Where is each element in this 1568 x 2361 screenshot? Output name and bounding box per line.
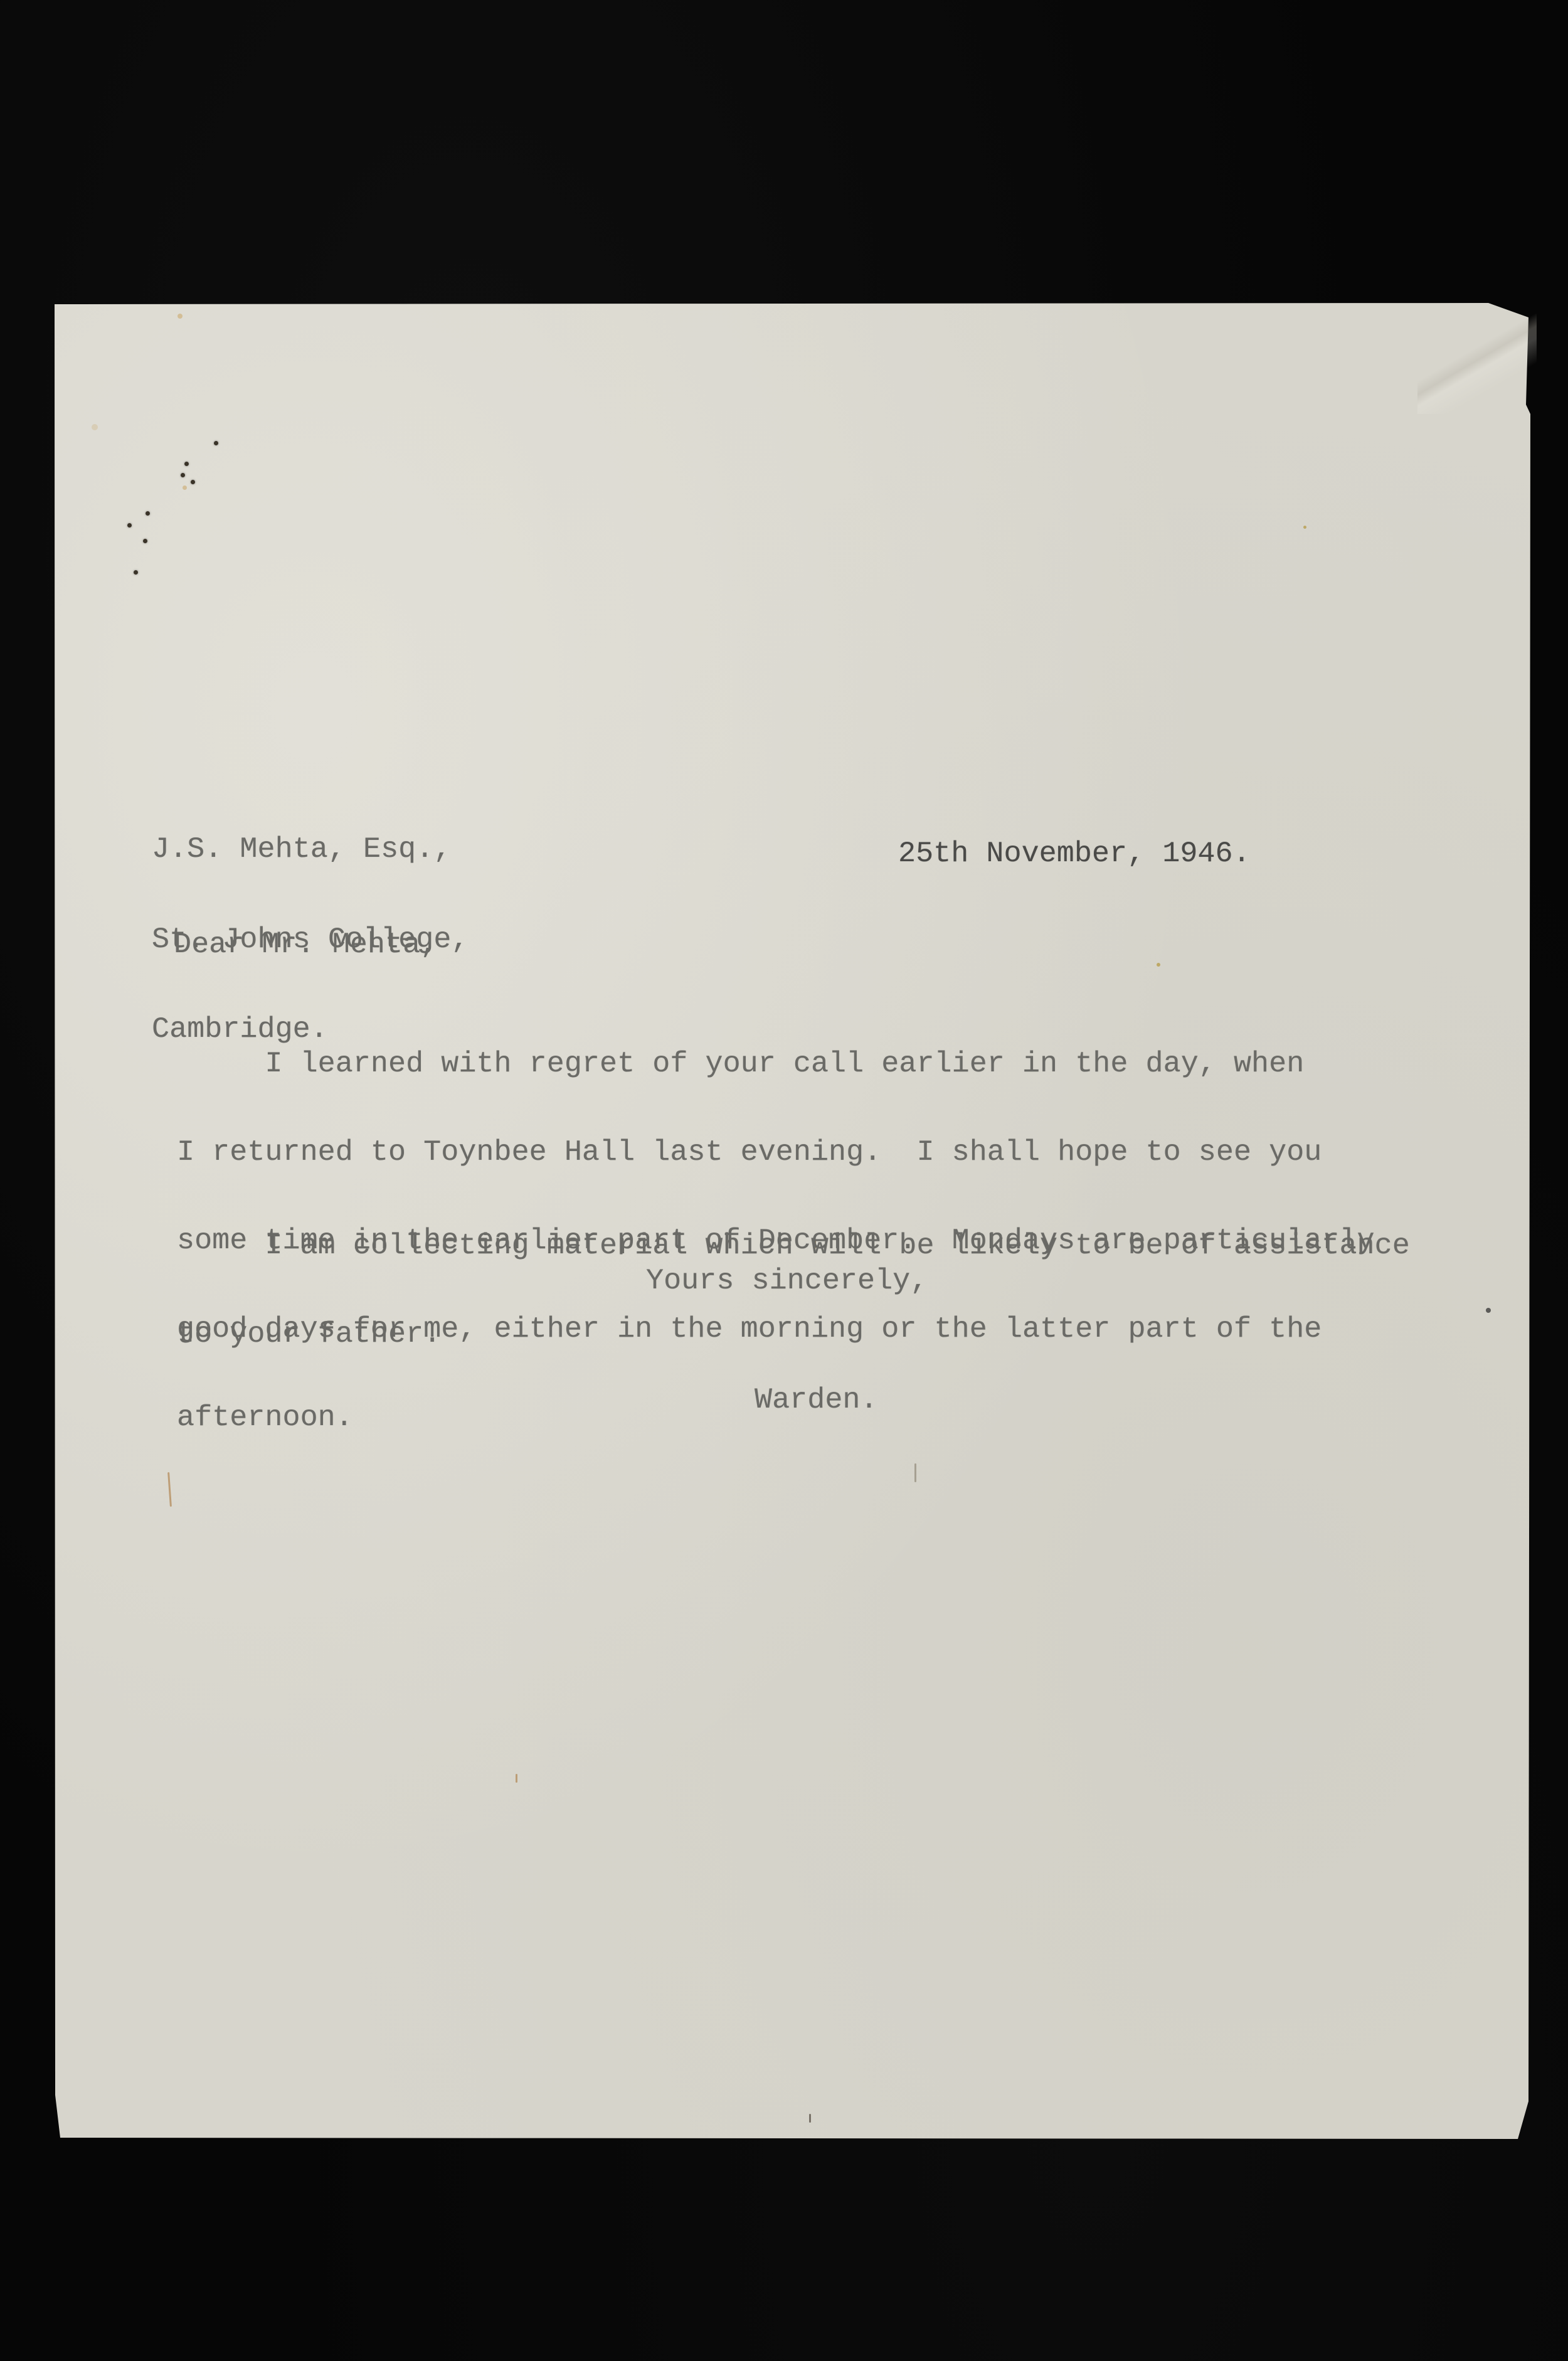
address-line-name: J.S. Mehta, Esq., (152, 835, 469, 864)
paragraph-line: I learned with regret of your call earli… (177, 1049, 1375, 1079)
pin-hole-mark (127, 523, 132, 528)
pin-hole-mark (134, 570, 138, 575)
paragraph-line: I returned to Toynbee Hall last evening.… (177, 1138, 1375, 1167)
pin-hole-mark (181, 473, 185, 477)
signature-title: Warden. (755, 1386, 878, 1415)
paper-stain (177, 314, 183, 319)
pin-hole-mark (146, 511, 150, 516)
pin-hole-mark (143, 539, 147, 543)
ink-speck (1486, 1308, 1491, 1313)
salutation: Dear Mr. Mehta, (174, 930, 438, 960)
pin-hole-mark (214, 441, 218, 445)
paper-stain (183, 485, 187, 490)
pin-hole-mark (191, 480, 195, 484)
pin-hole-mark (184, 462, 189, 466)
paper-stain (1303, 526, 1306, 529)
closing: Yours sincerely, (646, 1266, 928, 1296)
paper-fiber (914, 1463, 916, 1482)
paragraph-line: to your father. (177, 1320, 1410, 1349)
paper-fiber (809, 2114, 811, 2123)
paragraph-line: I am collecting material which will be l… (177, 1231, 1410, 1261)
paper-stain (92, 424, 98, 430)
paper-stain (1157, 963, 1160, 967)
paper-fiber (516, 1774, 517, 1783)
letter-date: 25th November, 1946. (898, 839, 1251, 869)
